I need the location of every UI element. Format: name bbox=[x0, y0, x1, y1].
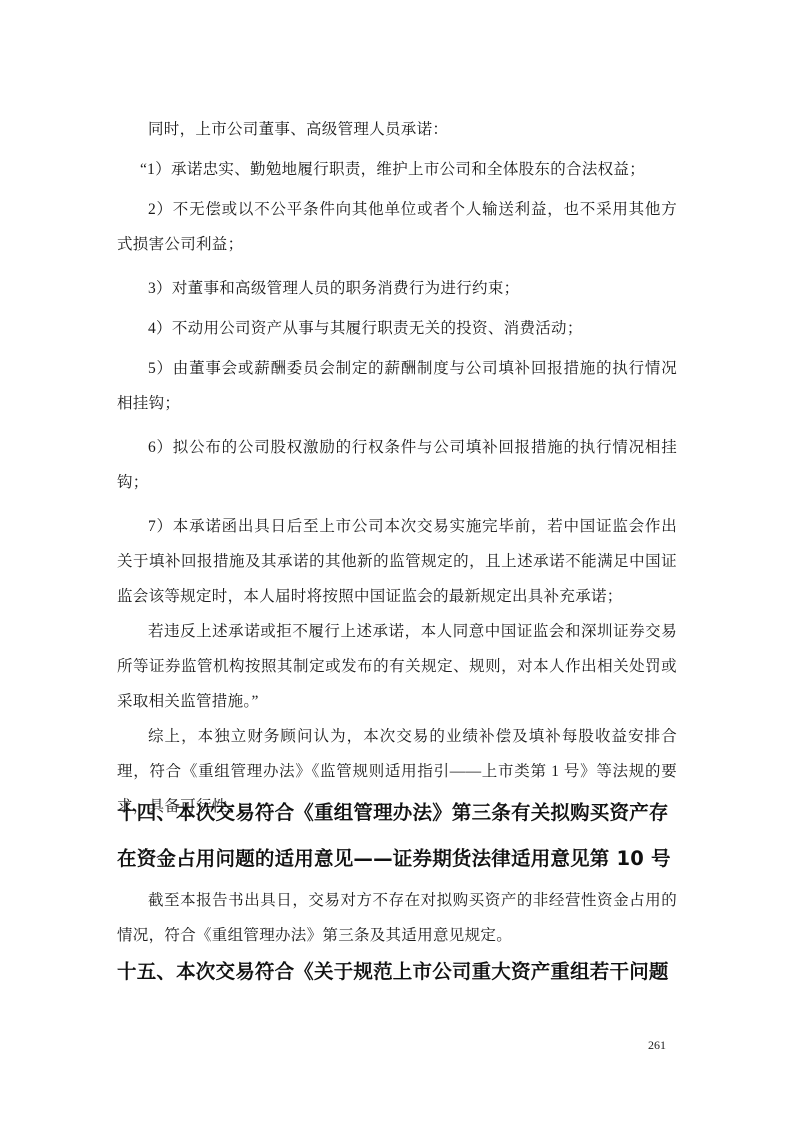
section-14-heading-line-2: 在资金占用问题的适用意见——证券期货法律适用意见第 10 号 bbox=[117, 836, 687, 881]
paragraph-commitment-6: 6）拟公布的公司股权激励的行权条件与公司填补回报措施的执行情况相挂钩； bbox=[117, 430, 677, 500]
section-14-body: 截至本报告书出具日，交易对方不存在对拟购买资产的非经营性资金占用的情况，符合《重… bbox=[117, 883, 677, 953]
paragraph-violation-clause: 若违反上述承诺或拒不履行上述承诺，本人同意中国证监会和深圳证券交易所等证券监管机… bbox=[117, 614, 677, 719]
section-15-heading-line-1: 十五、本次交易符合《关于规范上市公司重大资产重组若干问题 bbox=[117, 949, 687, 994]
paragraph-commitment-7: 7）本承诺函出具日后至上市公司本次交易实施完毕前，若中国证监会作出关于填补回报措… bbox=[117, 509, 677, 614]
section-14-heading-line-1: 十四、本次交易符合《重组管理办法》第三条有关拟购买资产存 bbox=[117, 790, 687, 835]
paragraph-commitment-4: 4）不动用公司资产从事与其履行职责无关的投资、消费活动； bbox=[117, 311, 677, 346]
page-number: 261 bbox=[648, 1038, 666, 1053]
paragraph-commitment-5: 5）由董事会或薪酬委员会制定的薪酬制度与公司填补回报措施的执行情况相挂钩； bbox=[117, 351, 677, 421]
paragraph-intro: 同时，上市公司董事、高级管理人员承诺： bbox=[117, 112, 677, 147]
paragraph-commitment-1: “1）承诺忠实、勤勉地履行职责，维护上市公司和全体股东的合法权益； bbox=[117, 152, 677, 187]
paragraph-commitment-2: 2）不无偿或以不公平条件向其他单位或者个人输送利益，也不采用其他方式损害公司利益… bbox=[117, 192, 677, 262]
paragraph-commitment-3: 3）对董事和高级管理人员的职务消费行为进行约束； bbox=[117, 271, 677, 306]
